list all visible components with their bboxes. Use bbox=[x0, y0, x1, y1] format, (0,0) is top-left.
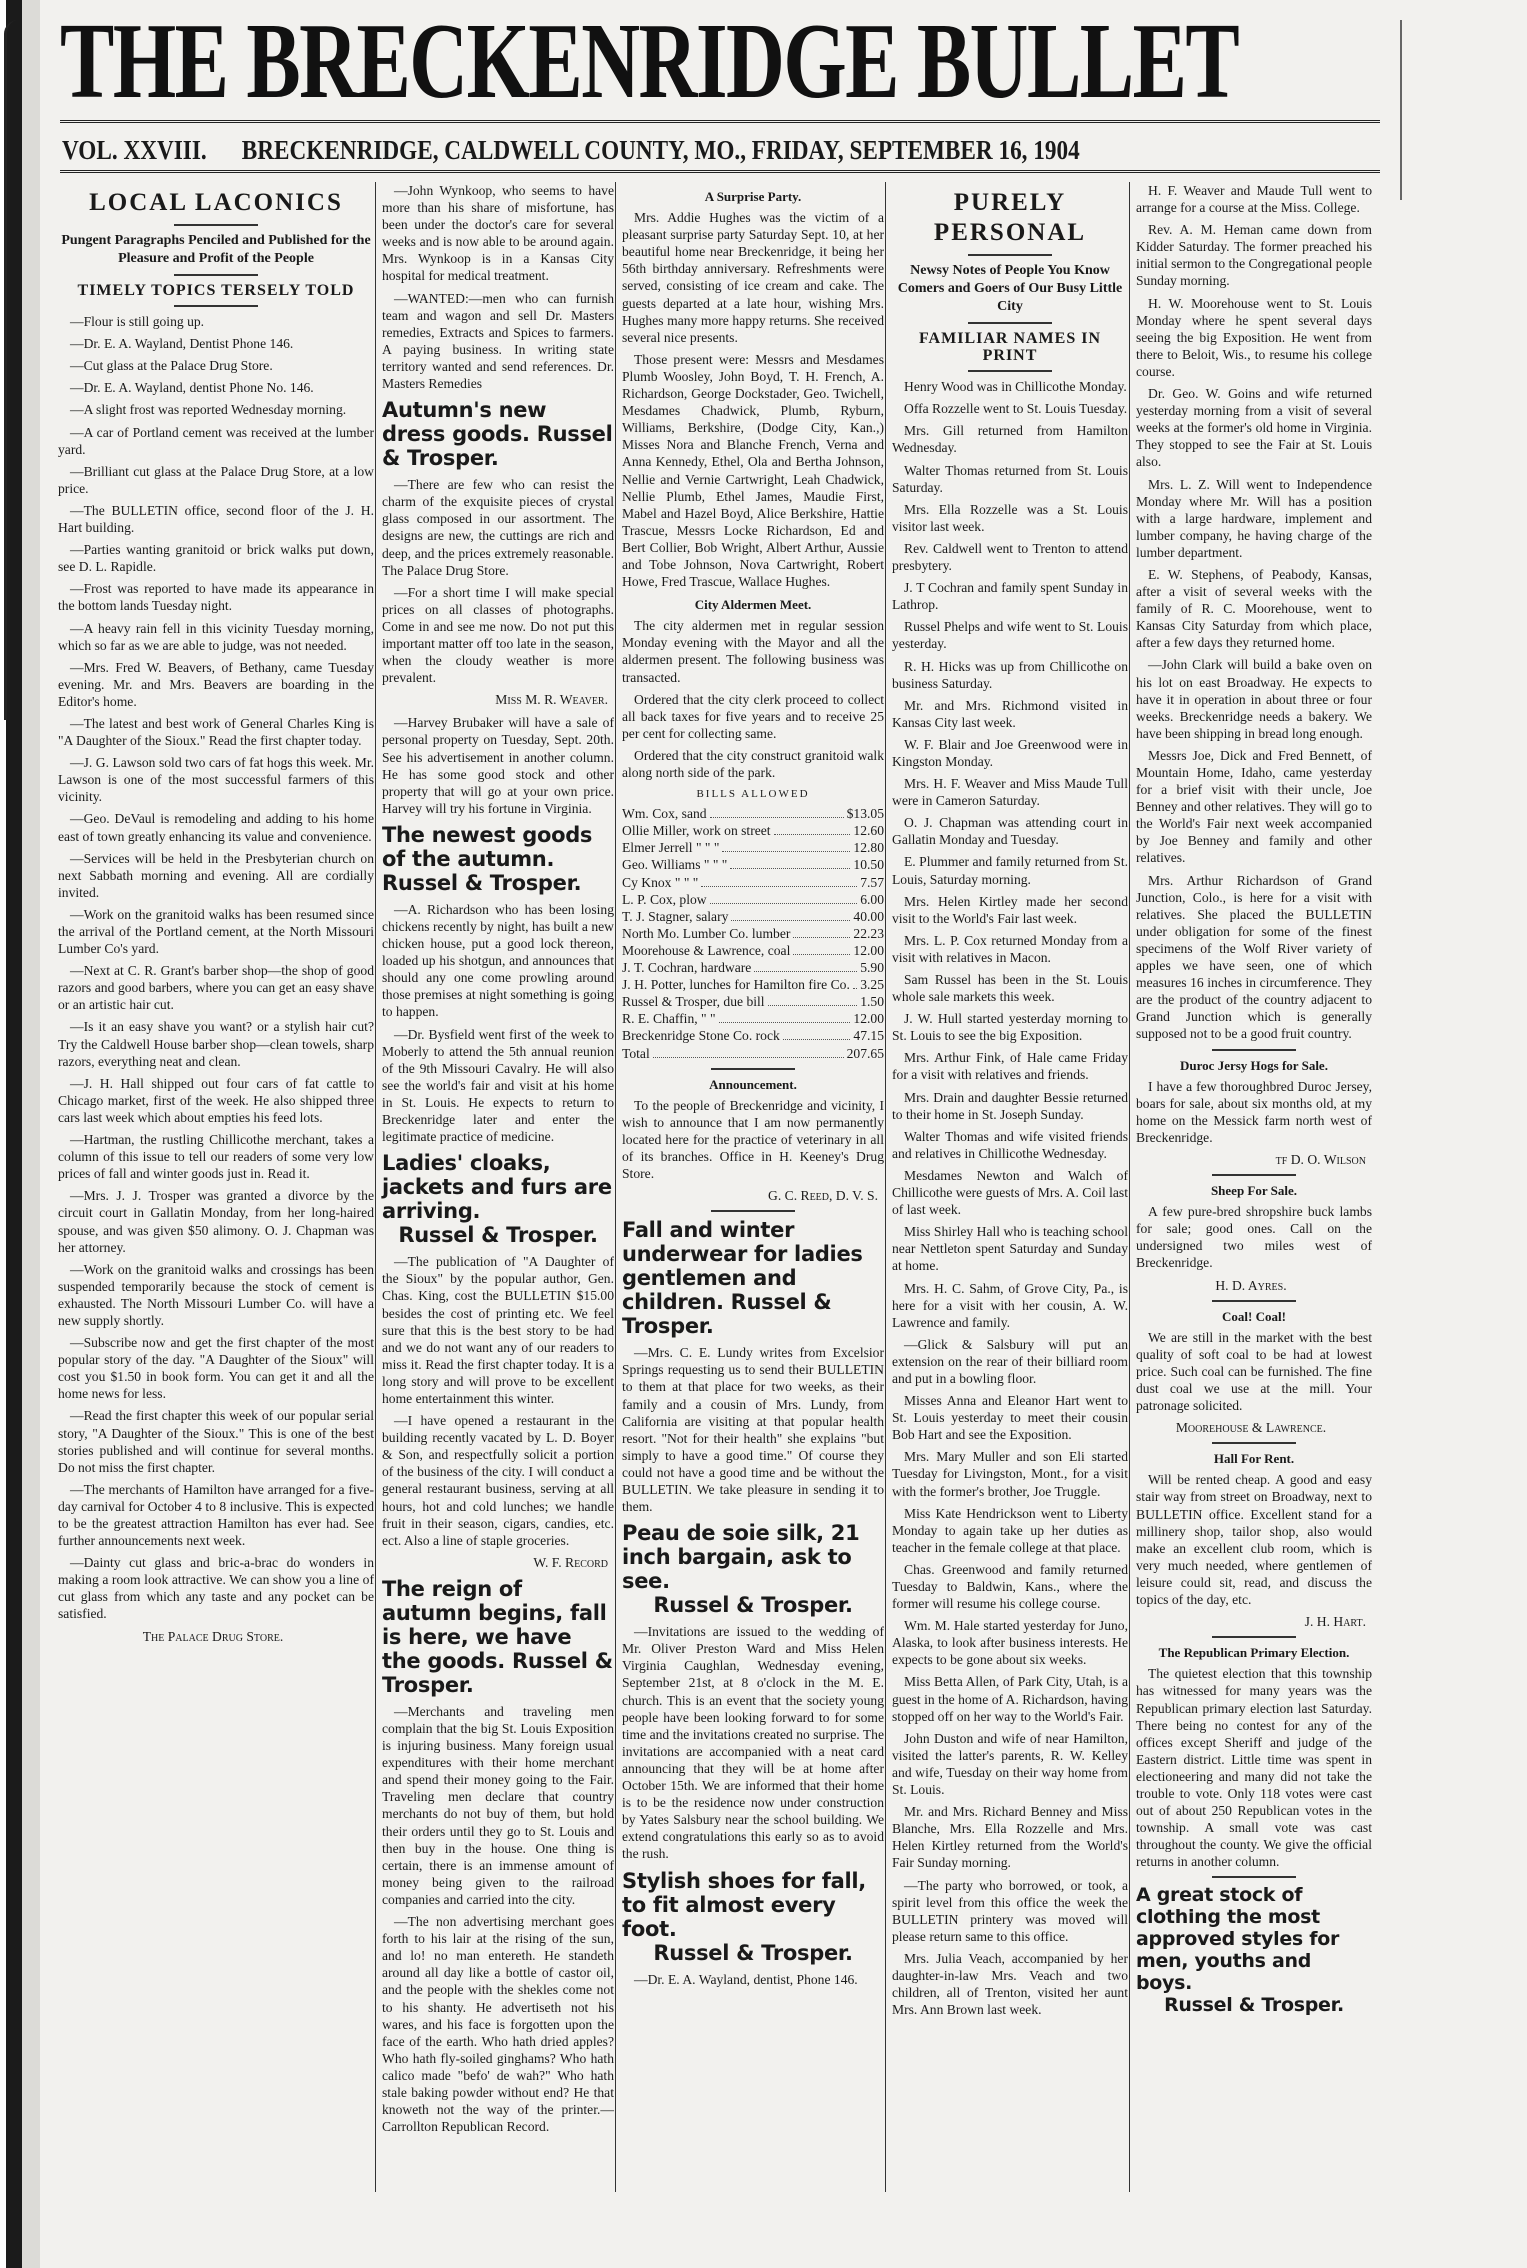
news-item: Mrs. Helen Kirtley made her second visit… bbox=[892, 893, 1128, 927]
article-body: —Mrs. C. E. Lundy writes from Excelsior … bbox=[622, 1344, 884, 1515]
bill-payee: L. P. Cox, plow bbox=[622, 891, 707, 908]
bill-amount: 6.00 bbox=[860, 891, 884, 908]
dot-leader bbox=[719, 1022, 851, 1023]
ad-text: Peau de soie silk, 21 inch bargain, ask … bbox=[622, 1521, 859, 1593]
signature: J. H. Hart. bbox=[1136, 1613, 1366, 1630]
column-two: —John Wynkoop, who seems to have more th… bbox=[378, 182, 618, 2192]
news-item: Mrs. Julia Veach, accompanied by her dau… bbox=[892, 1950, 1128, 2018]
section-kicker: TIMELY TOPICS TERSELY TOLD bbox=[58, 282, 374, 299]
news-item: John Duston and wife of near Hamilton, v… bbox=[892, 1730, 1128, 1798]
bill-payee: Breckenridge Stone Co. rock bbox=[622, 1027, 780, 1044]
bill-row: R. E. Chaffin, " "12.00 bbox=[622, 1010, 884, 1027]
news-item: —Glick & Salsbury will put an extension … bbox=[892, 1336, 1128, 1387]
bill-amount: 10.50 bbox=[853, 856, 884, 873]
signature: The Palace Drug Store. bbox=[58, 1628, 368, 1645]
news-item: Russel Phelps and wife went to St. Louis… bbox=[892, 618, 1128, 652]
dot-leader bbox=[710, 817, 844, 818]
column-local-laconics: LOCAL LACONICS Pungent Paragraphs Pencil… bbox=[54, 182, 378, 2192]
bill-row: L. P. Cox, plow6.00 bbox=[622, 891, 884, 908]
news-item: —John Clark will build a bake oven on hi… bbox=[1136, 656, 1372, 741]
bill-amount: 7.57 bbox=[860, 874, 884, 891]
news-item: —Dainty cut glass and bric-a-brac do won… bbox=[58, 1554, 374, 1622]
signature: Miss M. R. Weaver. bbox=[382, 691, 608, 708]
news-item: —Geo. DeVaul is remodeling and adding to… bbox=[58, 810, 374, 844]
news-item: —I have opened a restaurant in the build… bbox=[382, 1412, 614, 1549]
bill-row: Elmer Jerrell " " "12.80 bbox=[622, 839, 884, 856]
news-item: E. Plummer and family returned from St. … bbox=[892, 853, 1128, 887]
news-item: Chas. Greenwood and family returned Tues… bbox=[892, 1561, 1128, 1612]
bill-row: J. H. Potter, lunches for Hamilton fire … bbox=[622, 976, 884, 993]
bill-payee: Russel & Trosper, due bill bbox=[622, 993, 765, 1010]
bill-payee: Wm. Cox, sand bbox=[622, 805, 707, 822]
column-purely-personal: PURELY PERSONAL Newsy Notes of People Yo… bbox=[888, 182, 1132, 2192]
news-item: Offa Rozzelle went to St. Louis Tuesday. bbox=[892, 400, 1128, 417]
news-item: —Cut glass at the Palace Drug Store. bbox=[58, 357, 374, 374]
bill-amount: 1.50 bbox=[860, 993, 884, 1010]
news-item: —A. Richardson who has been losing chick… bbox=[382, 901, 614, 1021]
news-items: —The publication of "A Daughter of the S… bbox=[382, 1253, 614, 1549]
bill-row: North Mo. Lumber Co. lumber22.23 bbox=[622, 925, 884, 942]
dot-leader bbox=[754, 971, 857, 972]
bill-payee: Elmer Jerrell " " " bbox=[622, 839, 719, 856]
bill-payee: Moorehouse & Lawrence, coal bbox=[622, 942, 790, 959]
divider bbox=[174, 274, 258, 276]
news-item: —Brilliant cut glass at the Palace Drug … bbox=[58, 463, 374, 497]
advertisement: Fall and winter underwear for ladies gen… bbox=[622, 1218, 884, 1338]
news-item: J. T Cochran and family spent Sunday in … bbox=[892, 579, 1128, 613]
bills-rows: Wm. Cox, sand$13.05Ollie Miller, work on… bbox=[622, 805, 884, 1061]
bill-amount: 47.15 bbox=[853, 1027, 884, 1044]
news-item: Mrs. Arthur Fink, of Hale came Friday fo… bbox=[892, 1049, 1128, 1083]
news-item: Mrs. L. Z. Will went to Independence Mon… bbox=[1136, 476, 1372, 561]
bill-row: Breckenridge Stone Co. rock47.15 bbox=[622, 1027, 884, 1044]
news-item: Mrs. Mary Muller and son Eli started Tue… bbox=[892, 1448, 1128, 1499]
article-title: Announcement. bbox=[622, 1076, 884, 1093]
signature: Moorehouse & Lawrence. bbox=[1136, 1419, 1366, 1436]
news-item: Walter Thomas and wife visited friends a… bbox=[892, 1128, 1128, 1162]
ad-signature: Russel & Trosper. bbox=[622, 1593, 884, 1617]
signature: tf D. O. Wilson bbox=[1136, 1151, 1366, 1168]
article-title: City Aldermen Meet. bbox=[622, 596, 884, 613]
ad-signature: Russel & Trosper. bbox=[1136, 1994, 1372, 2016]
news-item: —Subscribe now and get the first chapter… bbox=[58, 1334, 374, 1402]
news-item: R. H. Hicks was up from Chillicothe on b… bbox=[892, 658, 1128, 692]
ad-text: A great stock of clothing the most appro… bbox=[1136, 1884, 1339, 1994]
news-item: —Read the first chapter this week of our… bbox=[58, 1407, 374, 1475]
bill-payee: Ollie Miller, work on street bbox=[622, 822, 771, 839]
adjacent-page-fragment bbox=[1400, 20, 1522, 200]
divider bbox=[174, 305, 258, 307]
news-item: —Frost was reported to have made its app… bbox=[58, 580, 374, 614]
news-item: H. F. Weaver and Maude Tull went to arra… bbox=[1136, 182, 1372, 216]
news-item: O. J. Chapman was attending court in Gal… bbox=[892, 814, 1128, 848]
article-body: Mrs. Addie Hughes was the victim of a pl… bbox=[622, 209, 884, 590]
bill-payee: J. T. Cochran, hardware bbox=[622, 959, 751, 976]
ad-signature: Russel & Trosper. bbox=[382, 1223, 614, 1247]
news-item: Rev. Caldwell went to Trenton to attend … bbox=[892, 540, 1128, 574]
ad-signature: Russel & Trosper. bbox=[622, 1941, 884, 1965]
news-item: —The publication of "A Daughter of the S… bbox=[382, 1253, 614, 1407]
divider bbox=[1212, 1300, 1296, 1302]
news-item: Miss Shirley Hall who is teaching school… bbox=[892, 1223, 1128, 1274]
news-item: —A slight frost was reported Wednesday m… bbox=[58, 401, 374, 418]
news-item: Dr. Geo. W. Goins and wife returned yest… bbox=[1136, 385, 1372, 470]
section-subtitle: Newsy Notes of People You Know Comers an… bbox=[892, 262, 1128, 316]
news-item: —Flour is still going up. bbox=[58, 313, 374, 330]
divider bbox=[1212, 1174, 1296, 1176]
dot-leader bbox=[853, 988, 857, 989]
dot-leader bbox=[722, 851, 850, 852]
news-item: Rev. A. M. Heman came down from Kidder S… bbox=[1136, 221, 1372, 289]
news-item: —Dr. E. A. Wayland, dentist Phone No. 14… bbox=[58, 379, 374, 396]
masthead-rule-top bbox=[60, 120, 1380, 123]
bill-row: Cy Knox " " "7.57 bbox=[622, 874, 884, 891]
dot-leader bbox=[701, 886, 857, 887]
article-body: To the people of Breckenridge and vicini… bbox=[622, 1097, 884, 1182]
classified-body: Will be rented cheap. A good and easy st… bbox=[1136, 1471, 1372, 1608]
newspaper-masthead: THE BRECKENRIDGE BULLET bbox=[60, 10, 1044, 113]
classified-title: Sheep For Sale. bbox=[1136, 1182, 1372, 1199]
classified-body: I have a few thoroughbred Duroc Jersey, … bbox=[1136, 1078, 1372, 1146]
news-item: E. W. Stephens, of Peabody, Kansas, afte… bbox=[1136, 566, 1372, 651]
advertisement: Stylish shoes for fall, to fit almost ev… bbox=[622, 1869, 884, 1965]
news-item: —The latest and best work of General Cha… bbox=[58, 715, 374, 749]
column-three: A Surprise Party. Mrs. Addie Hughes was … bbox=[618, 182, 888, 2192]
news-item: Mr. and Mrs. Richard Benney and Miss Bla… bbox=[892, 1803, 1128, 1871]
news-item: Miss Betta Allen, of Park City, Utah, is… bbox=[892, 1673, 1128, 1724]
news-item: Messrs Joe, Dick and Fred Bennett, of Mo… bbox=[1136, 747, 1372, 867]
bill-amount: 12.60 bbox=[853, 822, 884, 839]
dot-leader bbox=[768, 1005, 858, 1006]
classified-title: Coal! Coal! bbox=[1136, 1308, 1372, 1325]
news-item: H. W. Moorehouse went to St. Louis Monda… bbox=[1136, 295, 1372, 380]
masthead-rule-bottom bbox=[60, 170, 1380, 173]
bill-amount: 22.23 bbox=[853, 925, 884, 942]
news-item: —Mrs. Fred W. Beavers, of Bethany, came … bbox=[58, 659, 374, 710]
article-title: The Republican Primary Election. bbox=[1136, 1644, 1372, 1661]
news-items: —Harvey Brubaker will have a sale of per… bbox=[382, 714, 614, 817]
bill-row: T. J. Stagner, salary40.00 bbox=[622, 908, 884, 925]
dot-leader bbox=[783, 1039, 851, 1040]
article-title: A Surprise Party. bbox=[622, 188, 884, 205]
classified-title: Hall For Rent. bbox=[1136, 1450, 1372, 1467]
news-item: The city aldermen met in regular session… bbox=[622, 617, 884, 685]
news-item: —The party who borrowed, or took, a spir… bbox=[892, 1877, 1128, 1945]
ad-text: Stylish shoes for fall, to fit almost ev… bbox=[622, 1869, 866, 1941]
news-item: Misses Anna and Eleanor Hart went to St.… bbox=[892, 1392, 1128, 1443]
news-items: —A. Richardson who has been losing chick… bbox=[382, 901, 614, 1145]
news-item: Mrs. Arthur Richardson of Grand Junction… bbox=[1136, 872, 1372, 1043]
news-item: Mesdames Newton and Walch of Chillicothe… bbox=[892, 1167, 1128, 1218]
bill-amount: 40.00 bbox=[853, 908, 884, 925]
divider bbox=[1212, 1636, 1296, 1638]
signature: H. D. Ayres. bbox=[1136, 1277, 1366, 1294]
news-item: Mr. and Mrs. Richmond visited in Kansas … bbox=[892, 697, 1128, 731]
dot-leader bbox=[731, 920, 850, 921]
bill-amount: 12.80 bbox=[853, 839, 884, 856]
bill-row: Total207.65 bbox=[622, 1045, 884, 1062]
article-body: —Dr. E. A. Wayland, dentist, Phone 146. bbox=[622, 1971, 884, 1988]
dateline: VOL. XXVIII. BRECKENRIDGE, CALDWELL COUN… bbox=[62, 135, 1206, 166]
news-item: —J. G. Lawson sold two cars of fat hogs … bbox=[58, 754, 374, 805]
personal-items-list: H. F. Weaver and Maude Tull went to arra… bbox=[1136, 182, 1372, 1043]
bill-amount: 12.00 bbox=[853, 942, 884, 959]
bill-payee: R. E. Chaffin, " " bbox=[622, 1010, 716, 1027]
news-item: Sam Russel has been in the St. Louis who… bbox=[892, 971, 1128, 1005]
news-item: Walter Thomas returned from St. Louis Sa… bbox=[892, 462, 1128, 496]
newspaper-columns: LOCAL LACONICS Pungent Paragraphs Pencil… bbox=[48, 182, 1520, 2262]
news-item: Those present were: Messrs and Mesdames … bbox=[622, 351, 884, 590]
dot-leader bbox=[774, 834, 851, 835]
classified-body: A few pure-bred shropshire buck lambs fo… bbox=[1136, 1203, 1372, 1271]
news-item: —Harvey Brubaker will have a sale of per… bbox=[382, 714, 614, 817]
bill-row: Wm. Cox, sand$13.05 bbox=[622, 805, 884, 822]
page-curl bbox=[4, 20, 21, 720]
section-title: PURELY PERSONAL bbox=[892, 188, 1128, 248]
news-item: Mrs. H. C. Sahm, of Grove City, Pa., is … bbox=[892, 1280, 1128, 1331]
bill-amount: $13.05 bbox=[847, 805, 884, 822]
news-item: Wm. M. Hale started yesterday for Juno, … bbox=[892, 1617, 1128, 1668]
dot-leader bbox=[730, 868, 850, 869]
news-item: —Next at C. R. Grant's barber shop—the s… bbox=[58, 962, 374, 1013]
bill-payee: J. H. Potter, lunches for Hamilton fire … bbox=[622, 976, 850, 993]
bill-amount: 3.25 bbox=[860, 976, 884, 993]
volume-number: VOL. XXVIII. bbox=[62, 135, 207, 165]
section-subtitle: Pungent Paragraphs Penciled and Publishe… bbox=[58, 232, 374, 268]
divider bbox=[1212, 1049, 1296, 1051]
divider bbox=[968, 254, 1052, 256]
news-item: Mrs. Addie Hughes was the victim of a pl… bbox=[622, 209, 884, 346]
news-item: —A heavy rain fell in this vicinity Tues… bbox=[58, 620, 374, 654]
section-title: LOCAL LACONICS bbox=[58, 188, 374, 218]
dot-leader bbox=[653, 1057, 844, 1058]
bill-payee: Cy Knox " " " bbox=[622, 874, 698, 891]
divider bbox=[968, 322, 1052, 324]
news-item: —Services will be held in the Presbyteri… bbox=[58, 850, 374, 901]
news-item: —Is it an easy shave you want? or a styl… bbox=[58, 1018, 374, 1069]
bill-payee: North Mo. Lumber Co. lumber bbox=[622, 925, 790, 942]
news-item: W. F. Blair and Joe Greenwood were in Ki… bbox=[892, 736, 1128, 770]
bill-row: Geo. Williams " " "10.50 bbox=[622, 856, 884, 873]
divider bbox=[968, 370, 1052, 372]
advertisement: Peau de soie silk, 21 inch bargain, ask … bbox=[622, 1521, 884, 1617]
divider bbox=[711, 1068, 795, 1070]
divider bbox=[1212, 1442, 1296, 1444]
bill-row: Russel & Trosper, due bill1.50 bbox=[622, 993, 884, 1010]
news-item: —The non advertising merchant goes forth… bbox=[382, 1913, 614, 2135]
news-item: —Merchants and traveling men complain th… bbox=[382, 1703, 614, 1908]
news-items: —There are few who can resist the charm … bbox=[382, 476, 614, 686]
bill-row: J. T. Cochran, hardware5.90 bbox=[622, 959, 884, 976]
news-item: —For a short time I will make special pr… bbox=[382, 584, 614, 687]
bill-payee: Total bbox=[622, 1045, 650, 1062]
article-body: The quietest election that this township… bbox=[1136, 1665, 1372, 1870]
article-body: The city aldermen met in regular session… bbox=[622, 617, 884, 781]
news-item: J. W. Hull started yesterday morning to … bbox=[892, 1010, 1128, 1044]
news-item: Henry Wood was in Chillicothe Monday. bbox=[892, 378, 1128, 395]
bills-allowed-table: BILLS ALLOWED Wm. Cox, sand$13.05Ollie M… bbox=[622, 786, 884, 1062]
news-item: —Hartman, the rustling Chillicothe merch… bbox=[58, 1131, 374, 1182]
news-item: —There are few who can resist the charm … bbox=[382, 476, 614, 579]
signature: W. F. Record bbox=[382, 1554, 608, 1571]
news-item: Mrs. Drain and daughter Bessie returned … bbox=[892, 1089, 1128, 1123]
news-item: Mrs. L. P. Cox returned Monday from a vi… bbox=[892, 932, 1128, 966]
page-binding-edge bbox=[0, 0, 40, 2268]
bill-row: Ollie Miller, work on street12.60 bbox=[622, 822, 884, 839]
bill-payee: T. J. Stagner, salary bbox=[622, 908, 728, 925]
news-item: —John Wynkoop, who seems to have more th… bbox=[382, 182, 614, 285]
divider bbox=[1212, 1876, 1296, 1878]
divider bbox=[711, 1210, 795, 1212]
news-items: —John Wynkoop, who seems to have more th… bbox=[382, 182, 614, 392]
news-item: Mrs. H. F. Weaver and Miss Maude Tull we… bbox=[892, 775, 1128, 809]
classified-body: We are still in the market with the best… bbox=[1136, 1329, 1372, 1414]
news-items: —Merchants and traveling men complain th… bbox=[382, 1703, 614, 2135]
column-five: H. F. Weaver and Maude Tull went to arra… bbox=[1132, 182, 1376, 2192]
article-body: —Invitations are issued to the wedding o… bbox=[622, 1623, 884, 1862]
place-and-date: BRECKENRIDGE, CALDWELL COUNTY, MO., FRID… bbox=[242, 135, 1080, 165]
news-item: —A car of Portland cement was received a… bbox=[58, 424, 374, 458]
advertisement: The newest goods of the autumn. Russel &… bbox=[382, 823, 614, 895]
bill-amount: 207.65 bbox=[847, 1045, 884, 1062]
divider bbox=[174, 224, 258, 226]
bills-title: BILLS ALLOWED bbox=[622, 786, 884, 803]
news-item: —Work on the granitoid walks has been re… bbox=[58, 906, 374, 957]
news-item: Mrs. Gill returned from Hamilton Wednesd… bbox=[892, 422, 1128, 456]
signature: G. C. Reed, D. V. S. bbox=[622, 1187, 878, 1204]
news-item: Mrs. Ella Rozzelle was a St. Louis visit… bbox=[892, 501, 1128, 535]
advertisement: Ladies' cloaks, jackets and furs are arr… bbox=[382, 1151, 614, 1247]
news-item: Ordered that the city construct granitoi… bbox=[622, 747, 884, 781]
bill-payee: Geo. Williams " " " bbox=[622, 856, 727, 873]
section-kicker: FAMILIAR NAMES IN PRINT bbox=[892, 330, 1128, 364]
advertisement: The reign of autumn begins, fall is here… bbox=[382, 1577, 614, 1697]
bill-amount: 5.90 bbox=[860, 959, 884, 976]
advertisement: Autumn's new dress goods. Russel & Trosp… bbox=[382, 398, 614, 470]
news-item: —Dr. Bysfield went first of the week to … bbox=[382, 1026, 614, 1146]
news-item: —J. H. Hall shipped out four cars of fat… bbox=[58, 1075, 374, 1126]
dot-leader bbox=[793, 954, 850, 955]
news-item: —Parties wanting granitoid or brick walk… bbox=[58, 541, 374, 575]
dot-leader bbox=[710, 903, 858, 904]
news-item: —Work on the granitoid walks and crossin… bbox=[58, 1261, 374, 1329]
news-item: Ordered that the city clerk proceed to c… bbox=[622, 691, 884, 742]
news-item: —WANTED:—men who can furnish team and wa… bbox=[382, 290, 614, 393]
personal-items-list: Henry Wood was in Chillicothe Monday.Off… bbox=[892, 378, 1128, 2018]
bill-amount: 12.00 bbox=[853, 1010, 884, 1027]
advertisement: A great stock of clothing the most appro… bbox=[1136, 1884, 1372, 2016]
news-item: —The BULLETIN office, second floor of th… bbox=[58, 502, 374, 536]
news-item: Miss Kate Hendrickson went to Liberty Mo… bbox=[892, 1505, 1128, 1556]
news-item: —Dr. E. A. Wayland, Dentist Phone 146. bbox=[58, 335, 374, 352]
dot-leader bbox=[793, 937, 850, 938]
news-item: —The merchants of Hamilton have arranged… bbox=[58, 1481, 374, 1549]
classified-title: Duroc Jersy Hogs for Sale. bbox=[1136, 1057, 1372, 1074]
bill-row: Moorehouse & Lawrence, coal12.00 bbox=[622, 942, 884, 959]
news-item: —Mrs. J. J. Trosper was granted a divorc… bbox=[58, 1187, 374, 1255]
ad-text: Ladies' cloaks, jackets and furs are arr… bbox=[382, 1151, 612, 1223]
local-items-list: —Flour is still going up.—Dr. E. A. Wayl… bbox=[58, 313, 374, 1622]
